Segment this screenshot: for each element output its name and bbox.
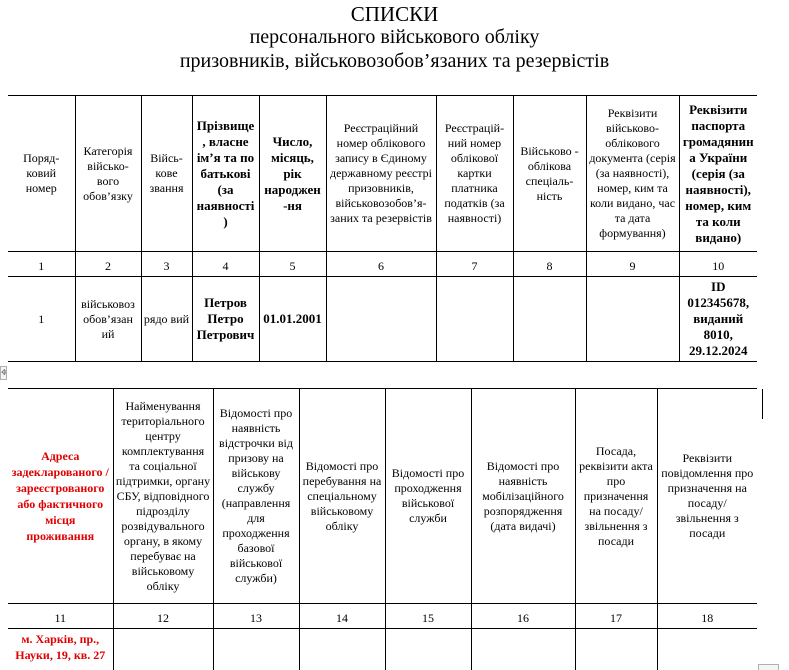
cell-birth-date[interactable]: 01.01.2001 xyxy=(259,277,326,362)
column-number: 9 xyxy=(586,252,679,277)
column-number: 11 xyxy=(8,604,113,629)
cell-recruitment-center[interactable] xyxy=(113,629,213,670)
cell-position-act[interactable] xyxy=(575,629,657,670)
header-cell-military-document: Реквізити військово-облікового документа… xyxy=(586,96,679,252)
column-number: 14 xyxy=(299,604,385,629)
header-cell-order-number: Поряд-ковий номер xyxy=(8,96,75,252)
header-cell-birth-date: Число, місяць, рік народжен -ня xyxy=(259,96,326,252)
move-arrows-icon[interactable]: ✥ xyxy=(0,366,7,380)
column-number: 15 xyxy=(385,604,471,629)
column-number-row: 1 2 3 4 5 6 7 8 9 10 xyxy=(8,252,757,277)
column-number: 2 xyxy=(75,252,141,277)
column-number: 13 xyxy=(213,604,299,629)
document-title: СПИСКИ xyxy=(0,3,789,25)
header-row: Адреса задекларованого / зареєстрованого… xyxy=(8,389,757,604)
column-number: 8 xyxy=(513,252,586,277)
header-cell-military-service: Відомості про проходження військової слу… xyxy=(385,389,471,604)
column-number: 10 xyxy=(679,252,757,277)
cell-rank[interactable]: рядо вий xyxy=(141,277,192,362)
document-subtitle-line1: персонального військового обліку xyxy=(0,25,789,49)
column-number-row: 11 12 13 14 15 16 17 18 xyxy=(8,604,757,629)
resize-handle-icon[interactable] xyxy=(758,664,779,670)
column-number: 5 xyxy=(259,252,326,277)
table-row: 1 військовоз обов’язан ий рядо вий Петро… xyxy=(8,277,757,362)
header-cell-tax-number: Реєстрацій-ний номер облікової картки пл… xyxy=(436,96,513,252)
cell-deferment[interactable] xyxy=(213,629,299,670)
header-cell-position-act: Посада, реквізити акта про призначення н… xyxy=(575,389,657,604)
column-number: 3 xyxy=(141,252,192,277)
table-row: м. Харків, пр., Науки, 19, кв. 27 xyxy=(8,629,757,670)
cell-full-name[interactable]: Петров Петро Петрович xyxy=(192,277,259,362)
cell-military-document[interactable] xyxy=(586,277,679,362)
personnel-table-part2: Адреса задекларованого / зареєстрованого… xyxy=(8,388,757,670)
cell-passport[interactable]: ID 012345678, виданий 8010, 29.12.2024 xyxy=(679,277,757,362)
header-cell-military-category: Категорія військо-вого обов’язку xyxy=(75,96,141,252)
header-cell-special-registration: Відомості про перебування на спеціальном… xyxy=(299,389,385,604)
header-cell-rank: Війсь-кове звання xyxy=(141,96,192,252)
header-cell-recruitment-center: Найменування територіального центру комп… xyxy=(113,389,213,604)
cell-military-category[interactable]: військовоз обов’язан ий xyxy=(75,277,141,362)
header-cell-registry-number: Реєстраційний номер облікового запису в … xyxy=(326,96,436,252)
header-cell-passport: Реквізити паспорта громадянин а України … xyxy=(679,96,757,252)
column-number: 7 xyxy=(436,252,513,277)
cell-special-registration[interactable] xyxy=(299,629,385,670)
header-cell-deferment: Відомості про наявність відстрочки від п… xyxy=(213,389,299,604)
personnel-table-part1: Поряд-ковий номер Категорія військо-вого… xyxy=(8,95,757,362)
table-right-border-segment xyxy=(762,389,763,419)
cell-specialty[interactable] xyxy=(513,277,586,362)
cell-registry-number[interactable] xyxy=(326,277,436,362)
cell-address[interactable]: м. Харків, пр., Науки, 19, кв. 27 xyxy=(8,629,113,670)
document-subtitle-line2: призовників, військовозобов’язаних та ре… xyxy=(0,49,789,73)
column-number: 16 xyxy=(471,604,575,629)
cell-position-notice[interactable] xyxy=(657,629,757,670)
cell-mobilization-order[interactable] xyxy=(471,629,575,670)
cell-tax-number[interactable] xyxy=(436,277,513,362)
column-number: 4 xyxy=(192,252,259,277)
header-row: Поряд-ковий номер Категорія військо-вого… xyxy=(8,96,757,252)
header-cell-full-name: Прізвище , власне ім’я та по батькові (з… xyxy=(192,96,259,252)
column-number: 6 xyxy=(326,252,436,277)
header-cell-specialty: Військово - облікова спеціаль-ність xyxy=(513,96,586,252)
column-number: 12 xyxy=(113,604,213,629)
document-title-block: СПИСКИ персонального військового обліку … xyxy=(0,0,789,73)
header-cell-address: Адреса задекларованого / зареєстрованого… xyxy=(8,389,113,604)
column-number: 18 xyxy=(657,604,757,629)
cell-military-service[interactable] xyxy=(385,629,471,670)
column-number: 1 xyxy=(8,252,75,277)
header-cell-position-notice: Реквізити повідомлення про призначення н… xyxy=(657,389,757,604)
header-cell-mobilization-order: Відомості про наявність мобілізаційного … xyxy=(471,389,575,604)
column-number: 17 xyxy=(575,604,657,629)
cell-order-number[interactable]: 1 xyxy=(8,277,75,362)
